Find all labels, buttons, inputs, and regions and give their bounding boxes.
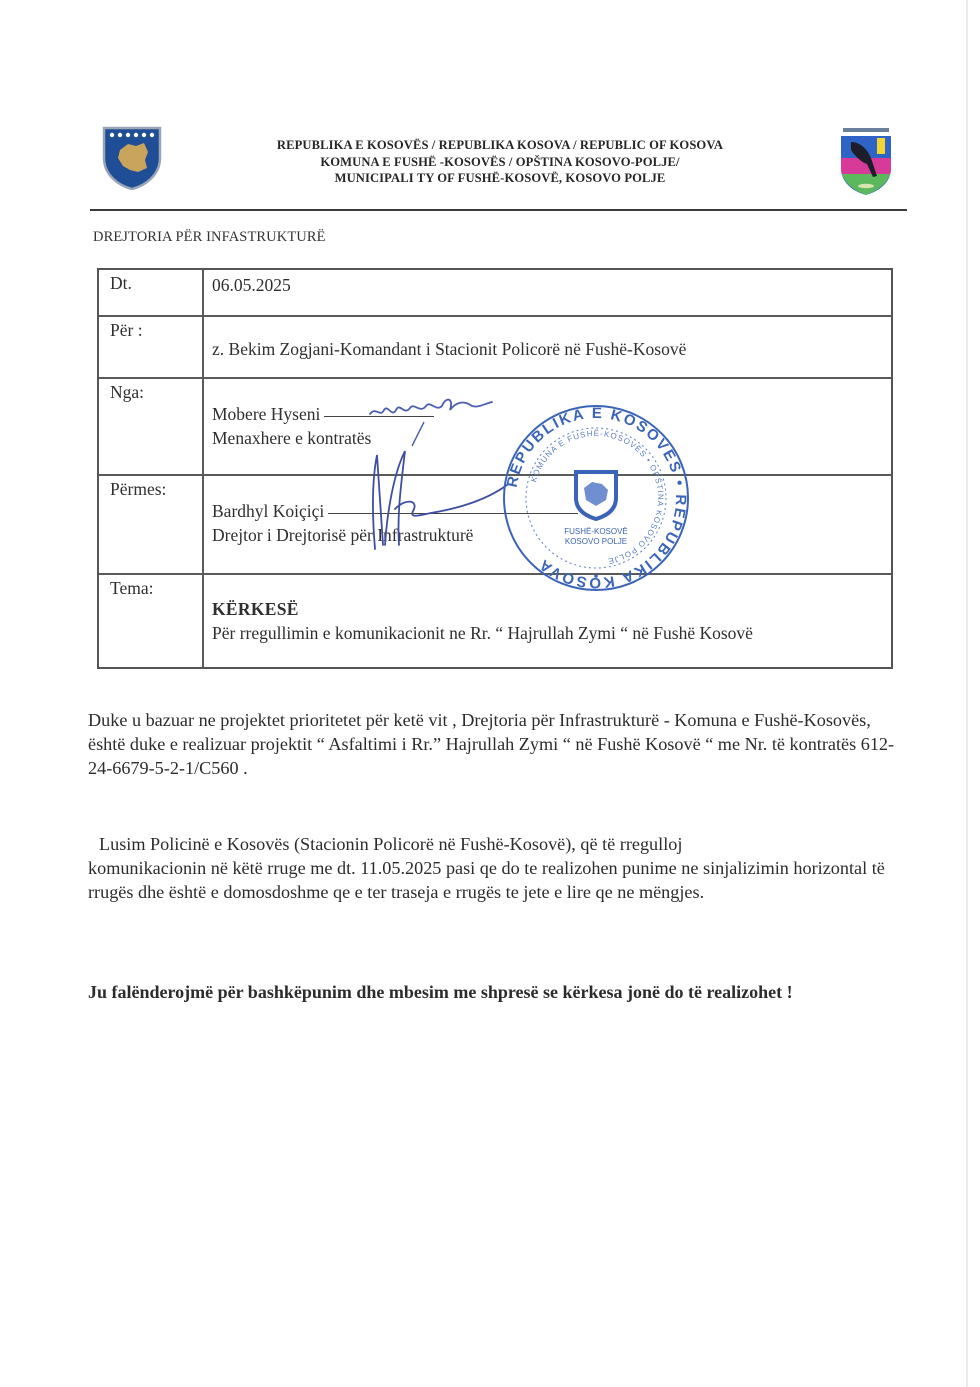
sender-name: Mobere Hyseni — [212, 404, 320, 424]
memo-label-recipient: Për : — [99, 317, 204, 377]
department-name: DREJTORIA PËR INFASTRUKTURË — [93, 229, 326, 246]
memo-row-recipient: Për : z. Bekim Zogjani-Komandant i Staci… — [99, 317, 891, 379]
letterhead-line-3: MUNICIPALI TY OF FUSHË-KOSOVË, KOSOVO PO… — [200, 170, 800, 187]
memo-row-sender: Nga: Mobere Hyseni Menaxhere e kontratës — [99, 379, 891, 476]
memo-label-date: Dt. — [99, 270, 204, 315]
signature-line — [328, 513, 578, 514]
memo-header-table: Dt. 06.05.2025 Për : z. Bekim Zogjani-Ko… — [97, 268, 893, 669]
letterhead-line-1: REPUBLIKA E KOSOVËS / REPUBLIKA KOSOVA /… — [200, 137, 800, 154]
memo-label-sender: Nga: — [99, 379, 204, 474]
sender-role: Menaxhere e kontratës — [212, 426, 883, 450]
body-paragraph-request: Lusim Policinë e Kosovës (Stacionin Poli… — [88, 832, 910, 905]
date-value: 06.05.2025 — [212, 273, 883, 297]
memo-value-sender: Mobere Hyseni Menaxhere e kontratës — [212, 402, 883, 450]
signature-line — [324, 416, 434, 417]
memo-label-via: Përmes: — [99, 476, 204, 573]
letterhead-title: REPUBLIKA E KOSOVËS / REPUBLIKA KOSOVA /… — [200, 137, 800, 187]
body-paragraph-project: Duke u bazuar ne projektet prioritetet p… — [88, 708, 910, 781]
closing-statement: Ju falënderojmë për bashkëpunim dhe mbes… — [88, 979, 910, 1006]
memo-value-subject: KËRKESË Për rregullimin e komunikacionit… — [212, 597, 883, 645]
recipient-value: z. Bekim Zogjani-Komandant i Stacionit P… — [212, 337, 883, 361]
memo-value-date: 06.05.2025 — [212, 273, 883, 297]
fushe-kosove-municipal-emblem-icon — [837, 128, 895, 196]
subject-title: KËRKESË — [212, 597, 883, 621]
memo-value-via: Bardhyl Koiçiçi Drejtor i Drejtorisë për… — [212, 499, 883, 547]
scan-edge — [966, 0, 968, 1387]
memo-row-date: Dt. 06.05.2025 — [99, 270, 891, 317]
letterhead-divider — [90, 209, 907, 211]
memo-row-via: Përmes: Bardhyl Koiçiçi Drejtor i Drejto… — [99, 476, 891, 575]
via-role: Drejtor i Drejtorisë për Infrastrukturë — [212, 523, 883, 547]
via-name: Bardhyl Koiçiçi — [212, 501, 324, 521]
kosovo-coat-of-arms-icon — [100, 124, 164, 190]
request-first-line: Lusim Policinë e Kosovës (Stacionin Poli… — [88, 832, 910, 856]
subject-description: Për rregullimin e komunikacionit ne Rr. … — [212, 621, 883, 645]
memo-value-recipient: z. Bekim Zogjani-Komandant i Stacionit P… — [212, 337, 883, 361]
memo-label-subject: Tema: — [99, 575, 204, 667]
letterhead-line-2: KOMUNA E FUSHË -KOSOVËS / OPŠTINA KOSOVO… — [200, 154, 800, 171]
request-rest: komunikacionin në këtë rruge me dt. 11.0… — [88, 856, 910, 904]
memo-row-subject: Tema: KËRKESË Për rregullimin e komunika… — [99, 575, 891, 667]
